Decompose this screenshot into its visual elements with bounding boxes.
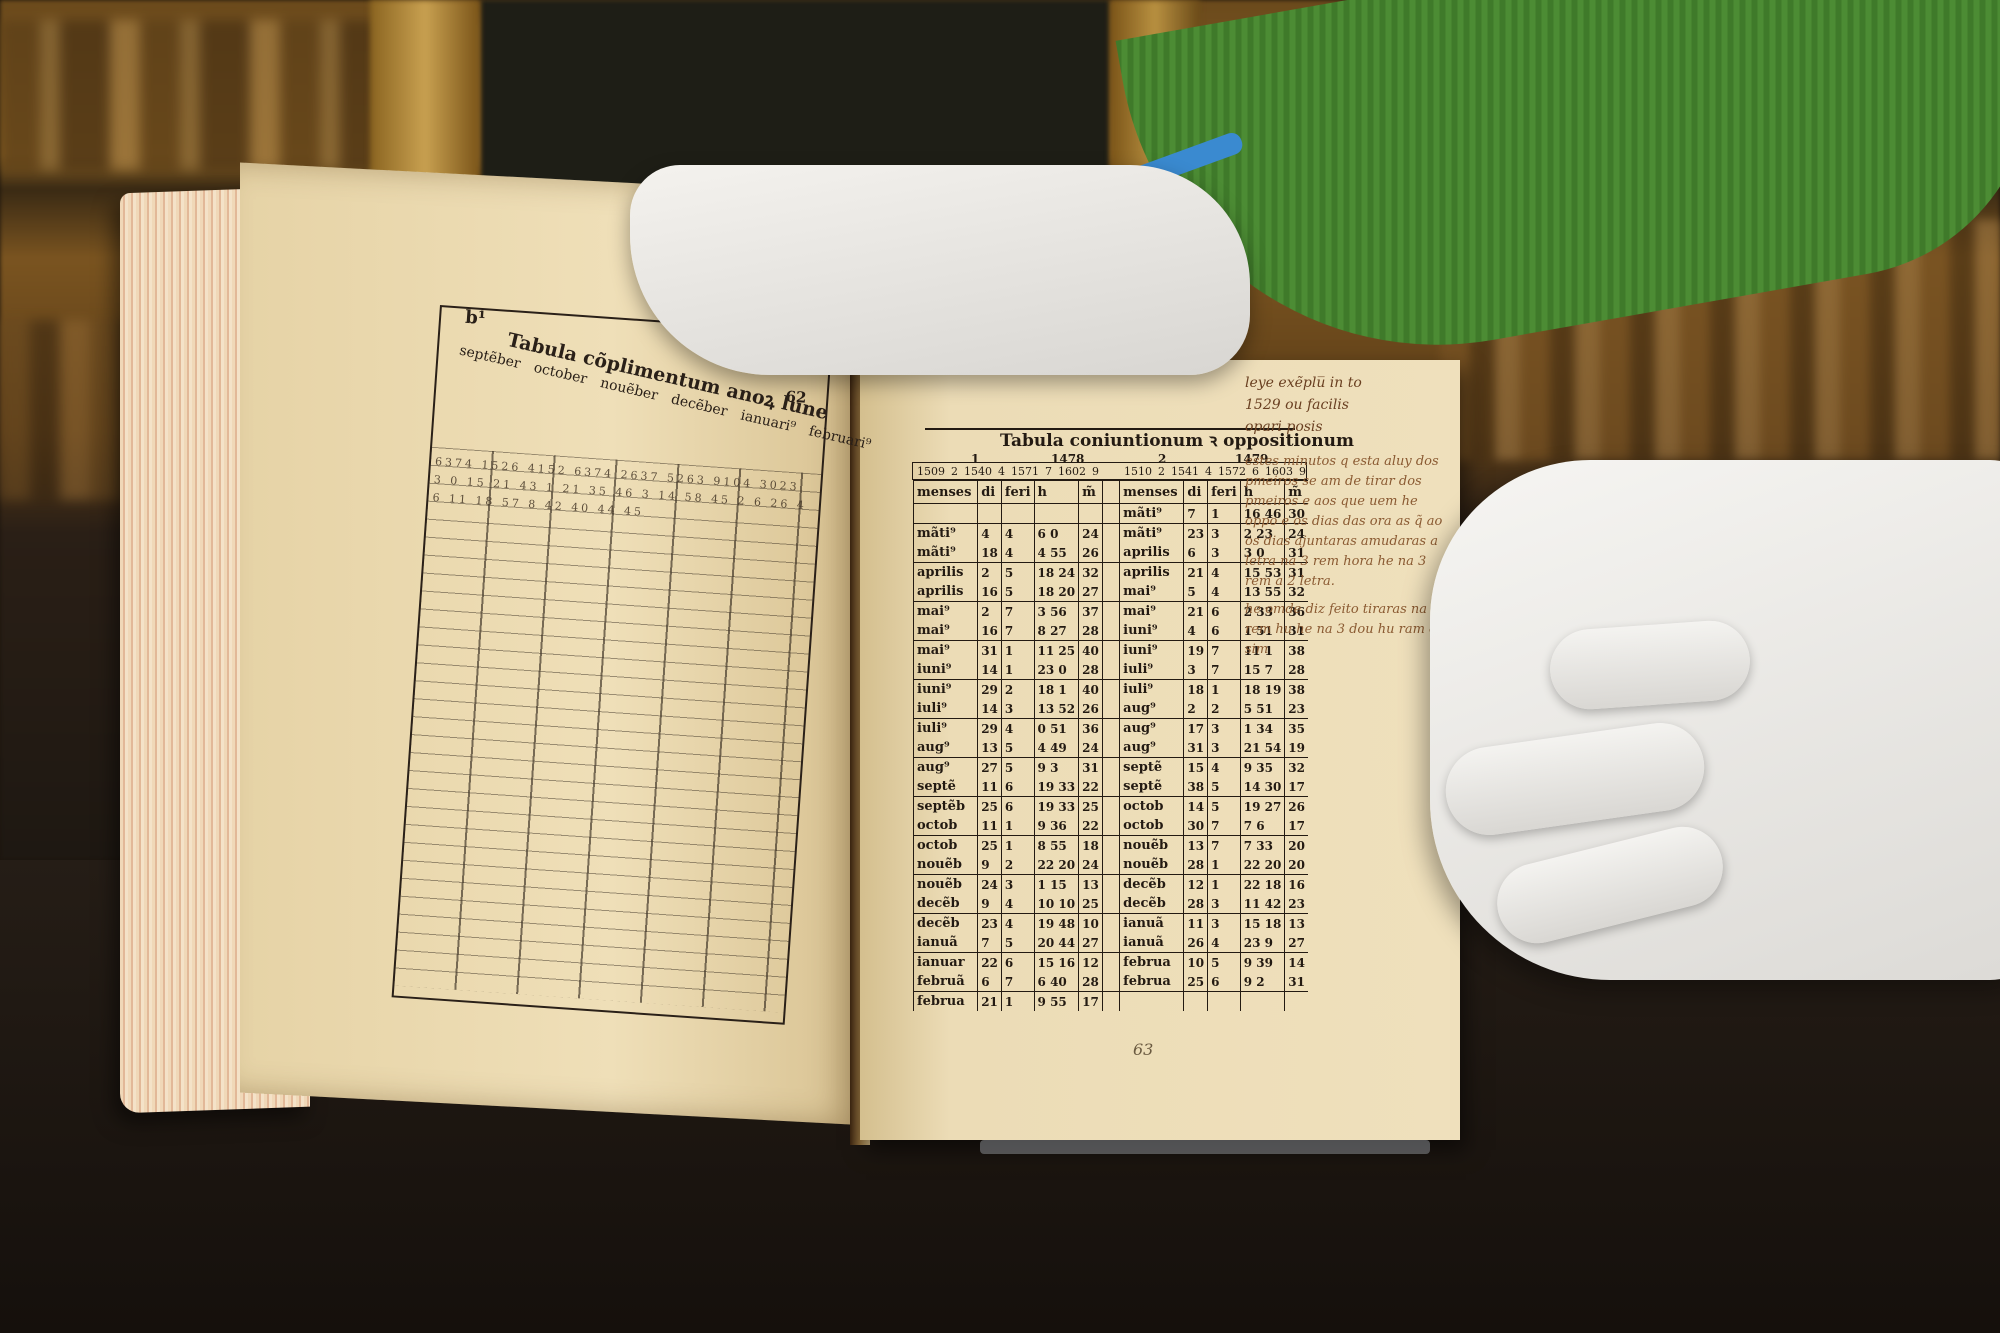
- heading-line: 1529 ou facilis: [1245, 394, 1445, 416]
- value-cell: 12: [1079, 953, 1103, 973]
- value-cell: 21 54: [1240, 738, 1285, 758]
- month-cell: iuni⁹: [1120, 621, 1184, 641]
- value-cell: 5: [1184, 582, 1208, 602]
- value-cell: 4: [978, 524, 1002, 544]
- table-row: februã676 4028februa2569 231: [914, 972, 1309, 992]
- value-cell: 26: [1184, 933, 1208, 953]
- month-cell: mai⁹: [914, 621, 978, 641]
- table-row: iuli⁹14313 5226aug⁹225 5123: [914, 699, 1309, 719]
- header-feri: feri: [1208, 481, 1241, 504]
- month-cell: februa: [914, 992, 978, 1012]
- value-cell: 27: [1285, 933, 1308, 953]
- month-cell: iuni⁹: [1120, 641, 1184, 661]
- value-cell: 27: [978, 758, 1002, 778]
- value-cell: 16: [978, 621, 1002, 641]
- header-menses: menses: [1120, 481, 1184, 504]
- marginal-heading: leye exẽplu̅ in to 1529 ou facilis opari…: [1245, 372, 1445, 438]
- value-cell: 4: [1184, 621, 1208, 641]
- value-cell: [1102, 816, 1119, 836]
- value-cell: 26: [1079, 699, 1103, 719]
- value-cell: [1102, 641, 1119, 661]
- value-cell: 40: [1079, 641, 1103, 661]
- table-row: octob1119 3622octob3077 617: [914, 816, 1309, 836]
- value-cell: 23: [1184, 524, 1208, 544]
- value-cell: 3: [1001, 699, 1034, 719]
- value-cell: [1102, 602, 1119, 622]
- cycle-num: 7: [1045, 465, 1052, 478]
- value-cell: 35: [1285, 719, 1308, 739]
- month-cell: [1120, 992, 1184, 1012]
- value-cell: 3: [1208, 914, 1241, 934]
- folio-number: 62: [785, 387, 807, 406]
- value-cell: 17: [1285, 777, 1308, 797]
- value-cell: 4: [1001, 719, 1034, 739]
- value-cell: 9 39: [1240, 953, 1285, 973]
- value-cell: 6: [1001, 777, 1034, 797]
- value-cell: 19 27: [1240, 797, 1285, 817]
- value-cell: 18: [1079, 836, 1103, 856]
- heading-line: opari posis: [1245, 416, 1445, 438]
- cycle-num: 9: [1092, 465, 1099, 478]
- value-cell: 5: [1208, 777, 1241, 797]
- value-cell: [1102, 504, 1119, 524]
- value-cell: 7: [1001, 621, 1034, 641]
- value-cell: 32: [1285, 758, 1308, 778]
- value-cell: 7: [1184, 504, 1208, 524]
- value-cell: [1102, 777, 1119, 797]
- month-cell: mai⁹: [1120, 602, 1184, 622]
- value-cell: [1102, 758, 1119, 778]
- value-cell: 4 49: [1034, 738, 1079, 758]
- value-cell: 18: [978, 543, 1002, 563]
- value-cell: 11 25: [1034, 641, 1079, 661]
- month-cell: iuli⁹: [914, 699, 978, 719]
- month-cell: decẽb: [1120, 894, 1184, 914]
- value-cell: 7: [1001, 972, 1034, 992]
- header-di: di: [978, 481, 1002, 504]
- table-row: septẽb25619 3325octob14519 2726: [914, 797, 1309, 817]
- table-row: iuli⁹2940 5136aug⁹1731 3435: [914, 719, 1309, 739]
- value-cell: 25: [1184, 972, 1208, 992]
- value-cell: 1: [1001, 836, 1034, 856]
- value-cell: [1285, 992, 1308, 1012]
- handwritten-page-number: 63: [1133, 1040, 1153, 1059]
- month-cell: ianuar: [914, 953, 978, 973]
- value-cell: [1102, 992, 1119, 1012]
- value-cell: 2: [1001, 680, 1034, 700]
- manuscript-marginalia: leye exẽplu̅ in to 1529 ou facilis opari…: [1245, 372, 1445, 668]
- value-cell: [1102, 797, 1119, 817]
- value-cell: 8 55: [1034, 836, 1079, 856]
- value-cell: 36: [1079, 719, 1103, 739]
- table-row: ianuã7520 4427ianuã26423 927: [914, 933, 1309, 953]
- value-cell: 6: [1001, 953, 1034, 973]
- value-cell: 10: [1184, 953, 1208, 973]
- value-cell: 12: [1184, 875, 1208, 895]
- value-cell: 5: [1001, 563, 1034, 583]
- month-cell: mãti⁹: [914, 543, 978, 563]
- value-cell: 19 48: [1034, 914, 1079, 934]
- value-cell: 13: [1184, 836, 1208, 856]
- value-cell: 21: [1184, 563, 1208, 583]
- value-cell: 25: [1079, 797, 1103, 817]
- value-cell: 15 16: [1034, 953, 1079, 973]
- value-cell: 24: [1079, 524, 1103, 544]
- value-cell: 37: [1079, 602, 1103, 622]
- value-cell: 16: [978, 582, 1002, 602]
- value-cell: 13: [1079, 875, 1103, 895]
- value-cell: 24: [1079, 738, 1103, 758]
- value-cell: 2: [978, 563, 1002, 583]
- value-cell: 28: [1184, 894, 1208, 914]
- table-row: octob2518 5518nouẽb1377 3320: [914, 836, 1309, 856]
- value-cell: 23 9: [1240, 933, 1285, 953]
- value-cell: 11: [978, 816, 1002, 836]
- value-cell: 4 55: [1034, 543, 1079, 563]
- value-cell: 14: [1285, 953, 1308, 973]
- value-cell: 22 20: [1034, 855, 1079, 875]
- month-cell: mãti⁹: [914, 524, 978, 544]
- value-cell: 1 34: [1240, 719, 1285, 739]
- month-cell: ianuã: [914, 933, 978, 953]
- value-cell: [1102, 738, 1119, 758]
- value-cell: 4: [1001, 524, 1034, 544]
- value-cell: 38: [1184, 777, 1208, 797]
- value-cell: [1102, 894, 1119, 914]
- value-cell: [1102, 933, 1119, 953]
- value-cell: [1102, 563, 1119, 583]
- value-cell: 15 18: [1240, 914, 1285, 934]
- value-cell: 23: [978, 914, 1002, 934]
- value-cell: 31: [1079, 758, 1103, 778]
- table-row: septẽ11619 3322septẽ38514 3017: [914, 777, 1309, 797]
- month-cell: februa: [1120, 972, 1184, 992]
- cycle-year: 1510: [1124, 465, 1152, 478]
- white-glove-top-hand: [630, 165, 1250, 375]
- month-cell: aprilis: [914, 563, 978, 583]
- value-cell: 31: [978, 641, 1002, 661]
- value-cell: 7 6: [1240, 816, 1285, 836]
- value-cell: 1: [1208, 680, 1241, 700]
- value-cell: 29: [978, 719, 1002, 739]
- table-row: februa2119 5517: [914, 992, 1309, 1012]
- value-cell: 4: [1001, 894, 1034, 914]
- value-cell: 6: [1001, 797, 1034, 817]
- cycle-year: 1572: [1218, 465, 1246, 478]
- value-cell: 9 2: [1240, 972, 1285, 992]
- month-cell: iuni⁹: [914, 680, 978, 700]
- value-cell: 1: [1208, 504, 1241, 524]
- value-cell: 19: [1184, 641, 1208, 661]
- month-cell: septẽb: [914, 797, 978, 817]
- value-cell: 9 35: [1240, 758, 1285, 778]
- cycle-year: 1509: [917, 465, 945, 478]
- value-cell: 18 19: [1240, 680, 1285, 700]
- value-cell: 31: [1285, 972, 1308, 992]
- value-cell: [1102, 524, 1119, 544]
- value-cell: 5: [1208, 953, 1241, 973]
- month-cell: nouẽb: [1120, 855, 1184, 875]
- month-cell: nouẽb: [1120, 836, 1184, 856]
- value-cell: 2: [1208, 699, 1241, 719]
- value-cell: 19 33: [1034, 797, 1079, 817]
- value-cell: 22: [978, 953, 1002, 973]
- value-cell: 4: [1001, 543, 1034, 563]
- value-cell: 13: [978, 738, 1002, 758]
- value-cell: 13 52: [1034, 699, 1079, 719]
- value-cell: 17: [1285, 816, 1308, 836]
- value-cell: 23 0: [1034, 660, 1079, 680]
- value-cell: 2: [1001, 855, 1034, 875]
- cycle-num: 2: [1158, 465, 1165, 478]
- month-cell: octob: [914, 836, 978, 856]
- value-cell: 9: [978, 855, 1002, 875]
- value-cell: [1079, 504, 1103, 524]
- value-cell: [1102, 719, 1119, 739]
- value-cell: [978, 504, 1002, 524]
- value-cell: [1102, 699, 1119, 719]
- table-row: ianuar22615 1612februa1059 3914: [914, 953, 1309, 973]
- value-cell: 14 30: [1240, 777, 1285, 797]
- value-cell: 22 18: [1240, 875, 1285, 895]
- value-cell: 20 44: [1034, 933, 1079, 953]
- value-cell: 40: [1079, 680, 1103, 700]
- month-cell: aug⁹: [1120, 738, 1184, 758]
- value-cell: 9 36: [1034, 816, 1079, 836]
- value-cell: 11: [978, 777, 1002, 797]
- value-cell: 23: [1285, 894, 1308, 914]
- value-cell: 22: [1079, 816, 1103, 836]
- value-cell: [1102, 660, 1119, 680]
- value-cell: 4: [1208, 563, 1241, 583]
- value-cell: 29: [978, 680, 1002, 700]
- value-cell: 28: [1079, 660, 1103, 680]
- value-cell: [1102, 582, 1119, 602]
- value-cell: 25: [1079, 894, 1103, 914]
- value-cell: 6: [978, 972, 1002, 992]
- value-cell: 1: [1001, 641, 1034, 661]
- header-feri: feri: [1001, 481, 1034, 504]
- value-cell: 31: [1184, 738, 1208, 758]
- value-cell: 7: [1208, 816, 1241, 836]
- month-cell: septẽ: [914, 777, 978, 797]
- table-row: nouẽb9222 2024nouẽb28122 2020: [914, 855, 1309, 875]
- month-cell: octob: [914, 816, 978, 836]
- value-cell: [1102, 680, 1119, 700]
- month-cell: februa: [1120, 953, 1184, 973]
- value-cell: 1: [1001, 660, 1034, 680]
- value-cell: 25: [978, 836, 1002, 856]
- table-row: aug⁹1354 4924aug⁹31321 5419: [914, 738, 1309, 758]
- value-cell: 1: [1208, 855, 1241, 875]
- value-cell: 3: [1208, 719, 1241, 739]
- value-cell: 18: [1184, 680, 1208, 700]
- value-cell: [1102, 875, 1119, 895]
- value-cell: 2: [1184, 699, 1208, 719]
- value-cell: 3 56: [1034, 602, 1079, 622]
- value-cell: 7: [1208, 641, 1241, 661]
- value-cell: 9: [978, 894, 1002, 914]
- value-cell: 6: [1208, 972, 1241, 992]
- table-row: decẽb9410 1025decẽb28311 4223: [914, 894, 1309, 914]
- month-cell: aprilis: [1120, 563, 1184, 583]
- value-cell: 5: [1208, 797, 1241, 817]
- month-cell: mãti⁹: [1120, 504, 1184, 524]
- value-cell: 1: [1001, 816, 1034, 836]
- value-cell: 17: [1184, 719, 1208, 739]
- value-cell: 22 20: [1240, 855, 1285, 875]
- value-cell: 26: [1285, 797, 1308, 817]
- value-cell: 7 33: [1240, 836, 1285, 856]
- value-cell: 3: [1208, 894, 1241, 914]
- value-cell: [1034, 504, 1079, 524]
- value-cell: 21: [1184, 602, 1208, 622]
- value-cell: 3: [1184, 660, 1208, 680]
- table-row: iuni⁹29218 140iuli⁹18118 1938: [914, 680, 1309, 700]
- value-cell: [1240, 992, 1285, 1012]
- month-cell: aprilis: [1120, 543, 1184, 563]
- value-cell: 26: [1079, 543, 1103, 563]
- value-cell: 38: [1285, 680, 1308, 700]
- value-cell: 1 15: [1034, 875, 1079, 895]
- book-stand: [980, 1140, 1430, 1154]
- value-cell: 9 55: [1034, 992, 1079, 1012]
- value-cell: 3: [1208, 543, 1241, 563]
- month-cell: aug⁹: [1120, 699, 1184, 719]
- value-cell: 4: [1208, 933, 1241, 953]
- value-cell: 20: [1285, 855, 1308, 875]
- value-cell: 25: [978, 797, 1002, 817]
- value-cell: 5: [1001, 738, 1034, 758]
- value-cell: 24: [978, 875, 1002, 895]
- month-cell: aprilis: [914, 582, 978, 602]
- value-cell: 32: [1079, 563, 1103, 583]
- month-cell: nouẽb: [914, 855, 978, 875]
- heading-line: leye exẽplu̅ in to: [1245, 372, 1445, 394]
- month-cell: ianuã: [1120, 933, 1184, 953]
- value-cell: 0 51: [1034, 719, 1079, 739]
- value-cell: 9 3: [1034, 758, 1079, 778]
- value-cell: 5: [1001, 933, 1034, 953]
- value-cell: 19: [1285, 738, 1308, 758]
- value-cell: 7: [1208, 836, 1241, 856]
- value-cell: 6: [1208, 621, 1241, 641]
- value-cell: 4: [1208, 582, 1241, 602]
- value-cell: [1102, 543, 1119, 563]
- value-cell: 5: [1001, 582, 1034, 602]
- value-cell: 30: [1184, 816, 1208, 836]
- month-cell: iuli⁹: [1120, 680, 1184, 700]
- value-cell: 8 27: [1034, 621, 1079, 641]
- month-cell: ianuã: [1120, 914, 1184, 934]
- month-cell: septẽ: [1120, 758, 1184, 778]
- value-cell: 1: [1001, 992, 1034, 1012]
- value-cell: 10: [1079, 914, 1103, 934]
- signature-mark: b¹: [464, 307, 486, 329]
- value-cell: 18 20: [1034, 582, 1079, 602]
- month-cell: nouẽb: [914, 875, 978, 895]
- value-cell: 3: [1001, 875, 1034, 895]
- month-cell: septẽ: [1120, 777, 1184, 797]
- value-cell: 1: [1208, 875, 1241, 895]
- value-cell: [1102, 953, 1119, 973]
- marginal-paragraph: he omde diz feito tiraras na 3 rem hu he…: [1245, 600, 1445, 660]
- value-cell: 13: [1285, 914, 1308, 934]
- month-cell: iuli⁹: [914, 719, 978, 739]
- value-cell: 5 51: [1240, 699, 1285, 719]
- month-cell: februã: [914, 972, 978, 992]
- month-cell: decẽb: [1120, 875, 1184, 895]
- value-cell: 4: [1001, 914, 1034, 934]
- month-cell: mai⁹: [1120, 582, 1184, 602]
- table-row: aug⁹2759 331septẽ1549 3532: [914, 758, 1309, 778]
- month-cell: aug⁹: [914, 758, 978, 778]
- value-cell: 5: [1001, 758, 1034, 778]
- value-cell: 14: [1184, 797, 1208, 817]
- cycle-year: 1540: [964, 465, 992, 478]
- value-cell: 17: [1079, 992, 1103, 1012]
- month-cell: octob: [1120, 797, 1184, 817]
- value-cell: [1208, 992, 1241, 1012]
- value-cell: 4: [1208, 758, 1241, 778]
- table-row: decẽb23419 4810ianuã11315 1813: [914, 914, 1309, 934]
- value-cell: 28: [1079, 972, 1103, 992]
- value-cell: 22: [1079, 777, 1103, 797]
- value-cell: 7: [978, 933, 1002, 953]
- month-cell: aug⁹: [1120, 719, 1184, 739]
- value-cell: 3: [1208, 738, 1241, 758]
- value-cell: 27: [1079, 582, 1103, 602]
- value-cell: 6 0: [1034, 524, 1079, 544]
- value-cell: 11: [1184, 914, 1208, 934]
- header-m: m̃: [1079, 481, 1103, 504]
- value-cell: [1102, 836, 1119, 856]
- value-cell: [1184, 992, 1208, 1012]
- value-cell: [1102, 855, 1119, 875]
- value-cell: 14: [978, 660, 1002, 680]
- month-cell: decẽb: [914, 914, 978, 934]
- value-cell: 6: [1208, 602, 1241, 622]
- value-cell: 19 33: [1034, 777, 1079, 797]
- value-cell: [1102, 621, 1119, 641]
- value-cell: [1102, 914, 1119, 934]
- value-cell: 14: [978, 699, 1002, 719]
- value-cell: 7: [1208, 660, 1241, 680]
- month-cell: [914, 504, 978, 524]
- month-cell: iuni⁹: [914, 660, 978, 680]
- value-cell: 6: [1184, 543, 1208, 563]
- cycle-num: 4: [1205, 465, 1212, 478]
- month-cell: iuli⁹: [1120, 660, 1184, 680]
- value-cell: 18 24: [1034, 563, 1079, 583]
- cycle-year: 1541: [1171, 465, 1199, 478]
- value-cell: 11 42: [1240, 894, 1285, 914]
- header-h: h: [1034, 481, 1079, 504]
- value-cell: 24: [1079, 855, 1103, 875]
- value-cell: 27: [1079, 933, 1103, 953]
- value-cell: [1102, 972, 1119, 992]
- value-cell: 21: [978, 992, 1002, 1012]
- month-cell: decẽb: [914, 894, 978, 914]
- month-cell: octob: [1120, 816, 1184, 836]
- value-cell: 28: [1079, 621, 1103, 641]
- table-row: nouẽb2431 1513decẽb12122 1816: [914, 875, 1309, 895]
- cycle-num: 4: [998, 465, 1005, 478]
- month-cell: aug⁹: [914, 738, 978, 758]
- value-cell: 23: [1285, 699, 1308, 719]
- value-cell: 20: [1285, 836, 1308, 856]
- value-cell: 10 10: [1034, 894, 1079, 914]
